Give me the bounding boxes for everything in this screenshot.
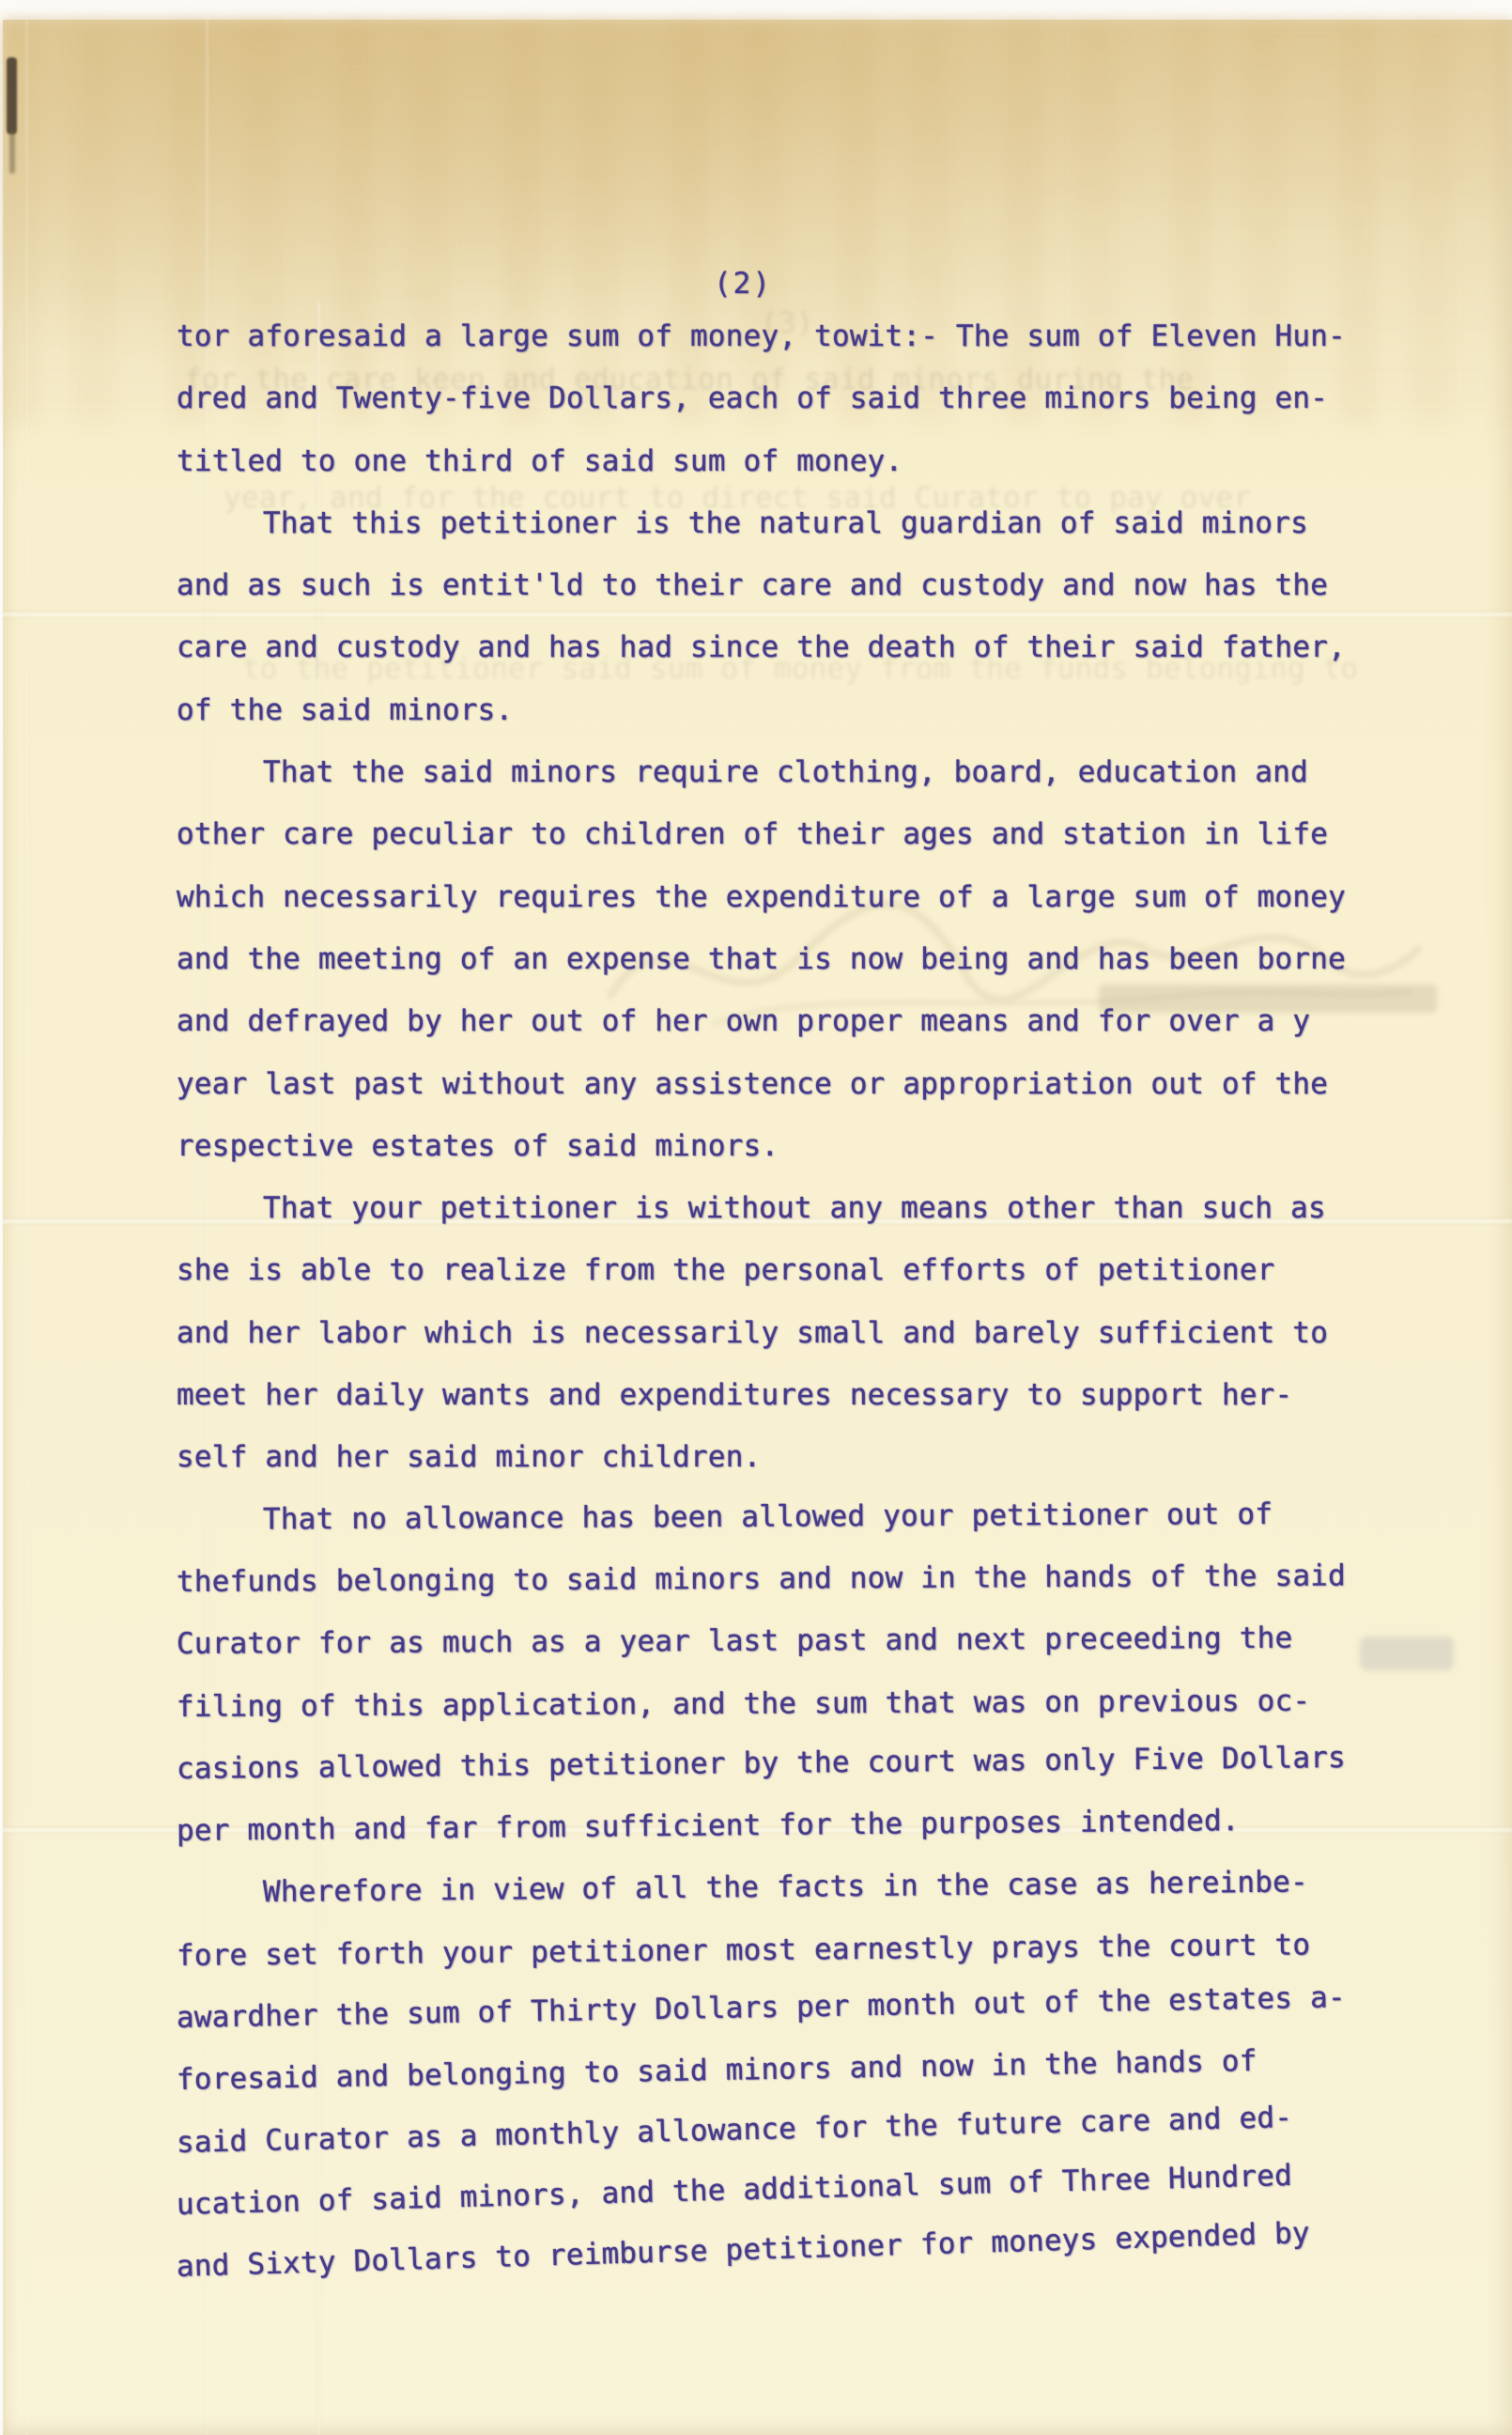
text-line: she is able to realize from the personal…: [177, 1239, 1397, 1301]
scan-edge-mark: [7, 57, 17, 134]
text-line: thefunds belonging to said minors and no…: [177, 1544, 1397, 1613]
text-line: tor aforesaid a large sum of money, towi…: [177, 305, 1397, 367]
text-line: year last past without any assistence or…: [177, 1053, 1397, 1115]
text-line: titled to one third of said sum of money…: [177, 430, 1397, 492]
fold-crease-vertical: [24, 20, 29, 2435]
page-number: (2): [714, 267, 772, 301]
text-line: That your petitioner is without any mean…: [177, 1177, 1397, 1239]
text-line: dred and Twenty-five Dollars, each of sa…: [177, 367, 1397, 429]
text-line: self and her said minor children.: [177, 1426, 1397, 1488]
text-line: That no allowance has been allowed your …: [177, 1482, 1397, 1551]
text-line: Wherefore in view of all the facts in th…: [177, 1851, 1398, 1925]
text-line: meet her daily wants and expenditures ne…: [177, 1364, 1397, 1426]
text-line: That this petitioner is the natural guar…: [177, 492, 1397, 554]
text-line: casions allowed this petitioner by the c…: [177, 1726, 1398, 1800]
text-line: and as such is entit'ld to their care an…: [177, 554, 1397, 616]
text-line: of the said minors.: [177, 679, 1397, 741]
text-line: and the meeting of an expense that is no…: [177, 928, 1397, 990]
text-line: Curator for as much as a year last past …: [177, 1606, 1397, 1675]
text-line: other care peculiar to children of their…: [177, 803, 1397, 865]
text-line: and defrayed by her out of her own prope…: [177, 990, 1397, 1052]
scan-edge-mark: [9, 131, 15, 174]
typed-text: tor aforesaid a large sum of money, towi…: [177, 305, 1397, 2299]
text-line: That the said minors require clothing, b…: [177, 741, 1397, 803]
text-line: and her labor which is necessarily small…: [177, 1302, 1397, 1364]
text-line: which necessarily requires the expenditu…: [177, 866, 1397, 928]
text-line: care and custody and has had since the d…: [177, 616, 1397, 678]
text-line: respective estates of said minors.: [177, 1115, 1397, 1177]
